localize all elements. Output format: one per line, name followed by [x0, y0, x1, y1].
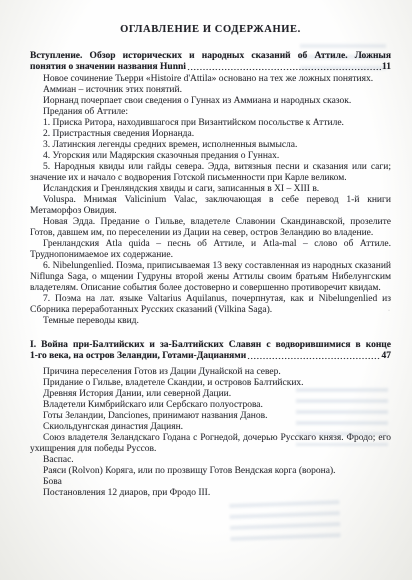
toc-entry-line: Вступление. Обзор исторических и народны…: [30, 51, 391, 62]
toc-paragraph: Готы Зеландии, Danciones, принимают назв…: [30, 411, 391, 422]
toc-paragraph: 2. Пристрастныя сведения Иорнанда.: [30, 129, 391, 140]
toc-paragraph: Придание о Гильве, владетеле Скандии, и …: [30, 378, 391, 389]
toc-paragraph: Постановления 12 диаров, при Фродо III.: [30, 488, 391, 499]
toc-paragraph: 6. Nibelungenlied. Поэма, приписываемая …: [30, 261, 391, 294]
page-number: 11: [382, 62, 391, 73]
leader-dots: [247, 351, 380, 362]
toc-paragraph: Аммиан – источник этих понятий.: [30, 85, 391, 96]
toc-entry-text: 1-го века, на остров Зеландии, Готами-Да…: [30, 351, 246, 362]
toc-paragraph: Причина переселения Готов из Дации Дунай…: [30, 367, 391, 378]
toc-content: ОГЛАВЛЕНИЕ И СОДЕРЖАНИЕ. Вступление. Обз…: [30, 24, 391, 499]
toc-paragraph: Скиольдунгская династия Дациян.: [30, 422, 391, 433]
toc-paragraph: Раяси (Rolvon) Коряга, или по прозвищу Г…: [30, 466, 391, 477]
toc-paragraph: Темные переводы квид.: [30, 316, 391, 327]
toc-entry-line: 1-го века, на остров Зеландии, Готами-Да…: [30, 351, 391, 362]
toc-entry-text: понятия о значении названия Hunni: [30, 62, 186, 73]
scanned-book-page: · ОГЛАВЛЕНИЕ И СОДЕРЖАНИЕ. Вступление. О…: [0, 0, 412, 580]
toc-paragraph: Voluspa. Мнимая Valicinium Valac, заключ…: [30, 195, 391, 217]
showthrough-artifact: [229, 500, 340, 546]
toc-paragraph: 4. Угорския или Мадярския сказочныя пред…: [30, 151, 391, 162]
page-title: ОГЛАВЛЕНИЕ И СОДЕРЖАНИЕ.: [30, 24, 391, 35]
toc-paragraph: Васпас.: [30, 455, 391, 466]
toc-paragraph: Владетели Кимбрийскаго или Сербскаго пол…: [30, 400, 391, 411]
toc-paragraph: 3. Латинския легенды средних времен, исп…: [30, 140, 391, 151]
toc-paragraph: 1. Приска Ритора, находившагося при Виза…: [30, 118, 391, 129]
toc-entry-line: I. Война при-Балтийских и за-Балтийских …: [30, 340, 391, 351]
toc-paragraph: Древняя История Дании, или северной Даци…: [30, 389, 391, 400]
toc-paragraph: Иорнанд почерпает свои сведения о Гуннах…: [30, 96, 391, 107]
toc-paragraph: 5. Народныя квиды или гайды севера. Эдда…: [30, 162, 391, 184]
page-number: 47: [382, 351, 392, 362]
toc-entry-line: понятия о значении названия Hunni 11: [30, 62, 391, 73]
toc-paragraph: Бова: [30, 477, 391, 488]
section-gap: [30, 327, 391, 340]
toc-paragraph: Союз владетеля Зеландскаго Годана с Рогн…: [30, 433, 391, 455]
toc-entry-introduction: Вступление. Обзор исторических и народны…: [30, 51, 391, 73]
toc-paragraph: Исландския и Гренляндския хвиды и саги, …: [30, 184, 391, 195]
toc-paragraph: Предания об Аттиле:: [30, 107, 391, 118]
toc-paragraph: 7. Поэма на лат. языке Valtarius Aquilan…: [30, 294, 391, 316]
toc-paragraph: Новое сочинение Тьерри «Histoire d'Attil…: [30, 74, 391, 85]
leader-dots: [187, 62, 381, 73]
toc-paragraph: Гренландския Atla quida – песнь об Аттил…: [30, 239, 391, 261]
toc-entry-section-1: I. Война при-Балтийских и за-Балтийских …: [30, 340, 391, 362]
toc-paragraph: Новая Эдда. Предание о Гильве, владетеле…: [30, 217, 391, 239]
